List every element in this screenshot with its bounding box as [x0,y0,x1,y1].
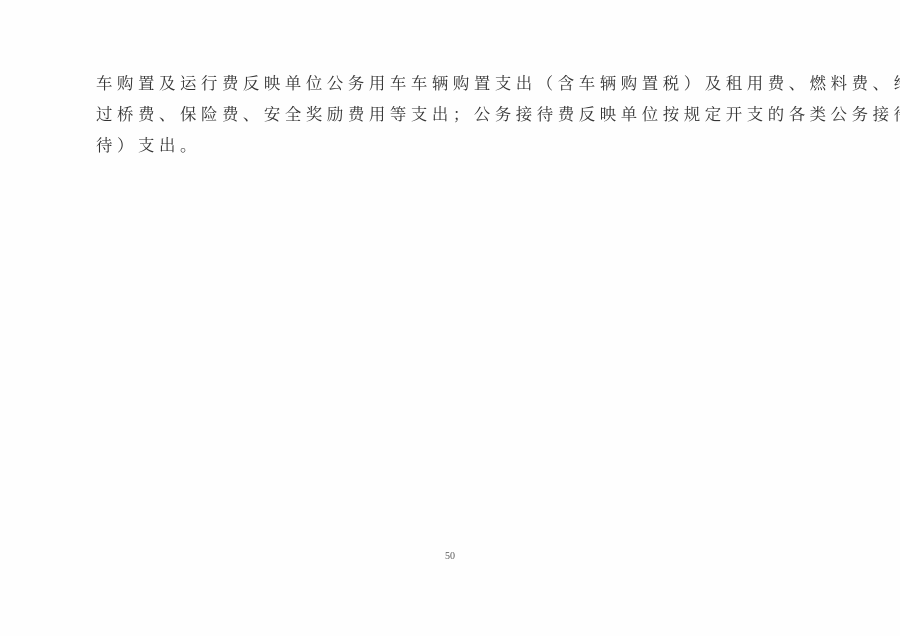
paragraph-line-2: 过桥费、保险费、安全奖励费用等支出；公务接待费反映单位按规定开支的各类公务接待（… [96,105,900,125]
document-page: 车购置及运行费反映单位公务用车车辆购置支出（含车辆购置税）及租用费、燃料费、维修… [0,0,900,636]
page-number: 50 [0,551,900,562]
paragraph-line-1: 车购置及运行费反映单位公务用车车辆购置支出（含车辆购置税）及租用费、燃料费、维修… [96,74,900,94]
paragraph-line-3: 待）支出。 [96,136,201,156]
